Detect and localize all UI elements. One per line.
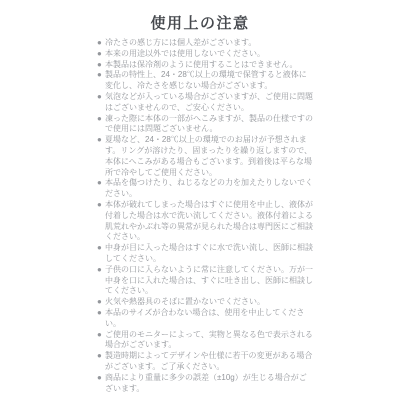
bullet-icon: ● <box>97 330 105 341</box>
note-item: ● 冷たさの感じ方には個人差がございます。 <box>97 38 314 49</box>
note-item: ● 夏場など、24・28℃以上の環境でのお届けが予想されます。リングが溶けたり、… <box>97 135 314 178</box>
note-item: ● ご使用のモニターによって、実物と異なる色で表示される場合がございます。 <box>97 330 314 352</box>
note-text: 子供の口に入らないように常に注意してください。万が一中身を口に入れた場合は、すぐ… <box>105 265 314 297</box>
note-item: ● 本品を傷つけたり、ねじるなどの力を加えたりしないでください。 <box>97 178 314 200</box>
note-item: ● 製品の特性上、24・28℃以上の環境で保管すると液体に変化し、冷たさを感じな… <box>97 70 314 92</box>
note-text: 気泡などが入っている場合がございますが、ご使用に問題はございませんので、ご安心く… <box>105 92 314 114</box>
precautions-page: 使用上の注意 ● 冷たさの感じ方には個人差がございます。 ● 本来の用途以外では… <box>0 0 400 400</box>
bullet-icon: ● <box>97 200 105 211</box>
note-item: ● 本来の用途以外では使用しないでください。 <box>97 49 314 60</box>
bullet-icon: ● <box>97 135 105 146</box>
note-text: 夏場など、24・28℃以上の環境でのお届けが予想されます。リングが溶けたり、固ま… <box>105 135 314 178</box>
bullet-icon: ● <box>97 373 105 384</box>
note-item: ● 本体が破れてしまった場合はすぐに使用を中止し、液体が付着した場合は水で洗い流… <box>97 200 314 243</box>
bullet-icon: ● <box>97 60 105 71</box>
note-item: ● 子供の口に入らないように常に注意してください。万が一中身を口に入れた場合は、… <box>97 265 314 297</box>
note-text: 商品により重量に多少の誤差（±10g）が生じる場合がございます。 <box>105 373 314 395</box>
note-text: 冷たさの感じ方には個人差がございます。 <box>105 38 314 49</box>
note-text: 製造時期によってデザインや仕様に若干の変更がある場合がございます。ご了承ください… <box>105 351 314 373</box>
note-text: 中身が目に入った場合はすぐに水で洗い流し、医師に相談してください。 <box>105 243 314 265</box>
note-text: 本品のサイズが合わない場合は、使用を中止してください。 <box>105 308 314 330</box>
note-text: 製品の特性上、24・28℃以上の環境で保管すると液体に変化し、冷たさを感じない場… <box>105 70 314 92</box>
note-text: 本来の用途以外では使用しないでください。 <box>105 49 314 60</box>
bullet-icon: ● <box>97 70 105 81</box>
note-item: ● 製造時期によってデザインや仕様に若干の変更がある場合がございます。ご了承くだ… <box>97 351 314 373</box>
bullet-icon: ● <box>97 49 105 60</box>
bullet-icon: ● <box>97 308 105 319</box>
note-item: ● 本品のサイズが合わない場合は、使用を中止してください。 <box>97 308 314 330</box>
note-text: 本製品は保冷剤のように使用することはできません。 <box>105 60 314 71</box>
note-item: ● 中身が目に入った場合はすぐに水で洗い流し、医師に相談してください。 <box>97 243 314 265</box>
notes-list: ● 冷たさの感じ方には個人差がございます。 ● 本来の用途以外では使用しないでく… <box>97 38 314 394</box>
note-item: ● 気泡などが入っている場合がございますが、ご使用に問題はございませんので、ご安… <box>97 92 314 114</box>
note-item: ● 火気や熱器具のそばに置かないでください。 <box>97 297 314 308</box>
bullet-icon: ● <box>97 265 105 276</box>
bullet-icon: ● <box>97 114 105 125</box>
bullet-icon: ● <box>97 243 105 254</box>
bullet-icon: ● <box>97 178 105 189</box>
note-item: ● 本製品は保冷剤のように使用することはできません。 <box>97 60 314 71</box>
note-item: ● 凍った際に本体の一部がへこみますが、製品の仕様ですので使用には問題ございませ… <box>97 114 314 136</box>
note-text: 凍った際に本体の一部がへこみますが、製品の仕様ですので使用には問題ございません。 <box>105 114 314 136</box>
note-text: 火気や熱器具のそばに置かないでください。 <box>105 297 314 308</box>
note-text: 本品を傷つけたり、ねじるなどの力を加えたりしないでください。 <box>105 178 314 200</box>
note-item: ● 商品により重量に多少の誤差（±10g）が生じる場合がございます。 <box>97 373 314 395</box>
bullet-icon: ● <box>97 92 105 103</box>
bullet-icon: ● <box>97 38 105 49</box>
page-title: 使用上の注意 <box>0 0 400 34</box>
bullet-icon: ● <box>97 297 105 308</box>
note-text: ご使用のモニターによって、実物と異なる色で表示される場合がございます。 <box>105 330 314 352</box>
bullet-icon: ● <box>97 351 105 362</box>
note-text: 本体が破れてしまった場合はすぐに使用を中止し、液体が付着した場合は水で洗い流して… <box>105 200 314 243</box>
